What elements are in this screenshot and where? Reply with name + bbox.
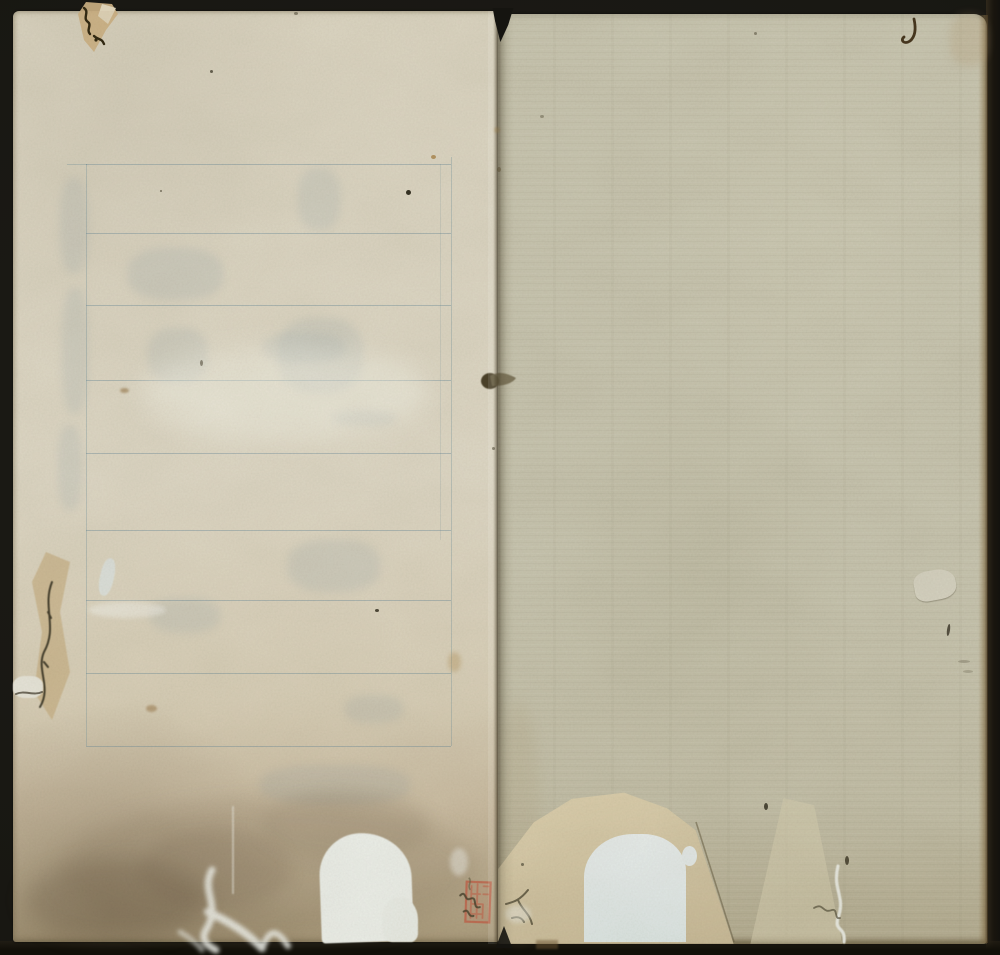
cover-sliver xyxy=(536,940,558,949)
gutter-shadow xyxy=(488,11,514,944)
book-scan-canvas xyxy=(0,0,1000,955)
